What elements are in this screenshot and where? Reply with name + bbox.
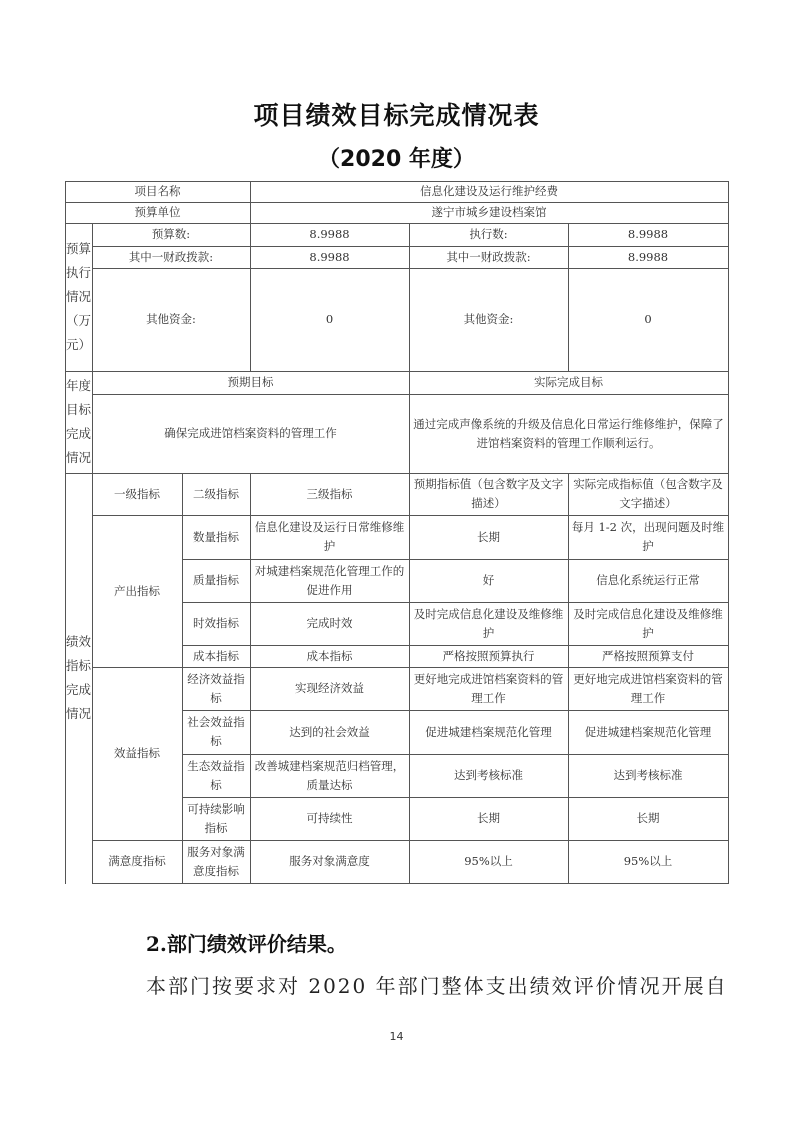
page-title: 项目绩效目标完成情况表	[0, 96, 793, 132]
execution-value: 8.9988	[568, 223, 728, 246]
level2-indicator: 数量指标	[182, 515, 250, 559]
level1-indicator: 效益指标	[92, 667, 182, 840]
expected-value-text: 好	[483, 571, 495, 590]
expected-value: 更好地完成进馆档案资料的管理工作	[409, 667, 568, 710]
level3-indicator-text: 实现经济效益	[295, 679, 364, 698]
level3-indicator: 信息化建设及运行日常维修维护	[250, 515, 409, 559]
execution-label-text: 其他资金:	[464, 310, 514, 329]
budget-value: 8.9988	[250, 246, 409, 268]
actual-value: 严格按照预算支付	[568, 645, 728, 667]
level2-indicator-text: 生态效益指标	[184, 757, 248, 795]
page-subtitle: （2020 年度）	[0, 142, 793, 173]
expected-goal-header-text: 预期目标	[228, 373, 274, 392]
project-name-value-text: 信息化建设及运行维护经费	[420, 182, 558, 201]
level1-indicator: 产出指标	[92, 515, 182, 667]
indicator-header: 实际完成指标值（包含数字及文字描述）	[568, 473, 728, 515]
actual-value-text: 及时完成信息化建设及维修维护	[570, 605, 726, 643]
level3-indicator-text: 可持续性	[307, 809, 353, 828]
level3-indicator: 完成时效	[250, 602, 409, 645]
level2-indicator: 时效指标	[182, 602, 250, 645]
level2-indicator: 服务对象满意度指标	[182, 840, 250, 883]
section-heading: 2.部门绩效评价结果。	[146, 928, 347, 957]
budget-unit-value: 遂宁市城乡建设档案馆	[250, 202, 728, 223]
table-rule	[92, 883, 183, 884]
level2-indicator-text: 经济效益指标	[184, 670, 248, 708]
level2-indicator-text: 可持续影响指标	[184, 800, 248, 838]
expected-value-text: 长期	[477, 528, 500, 547]
budget-value-text: 8.9988	[309, 225, 349, 244]
actual-value-text: 长期	[637, 809, 660, 828]
level2-indicator-text: 成本指标	[193, 647, 239, 666]
level2-indicator-text: 服务对象满意度指标	[184, 843, 248, 881]
expected-value-text: 达到考核标准	[454, 766, 523, 785]
actual-goal-text-text: 通过完成声像系统的升级及信息化日常运行维修维护，保障了进馆档案资料的管理工作顺利…	[411, 415, 726, 453]
level2-indicator-text: 质量指标	[193, 571, 239, 590]
table-rule	[65, 473, 729, 474]
level3-indicator-text: 达到的社会效益	[289, 723, 370, 742]
expected-value: 长期	[409, 515, 568, 559]
table-rule	[65, 181, 66, 884]
budget-label: 其中一财政拨款:	[92, 246, 250, 268]
actual-value-text: 严格按照预算支付	[602, 647, 694, 666]
execution-label-text: 执行数:	[469, 225, 507, 244]
table-rule	[250, 473, 251, 884]
expected-value: 95%以上	[409, 840, 568, 883]
level2-indicator: 社会效益指标	[182, 710, 250, 754]
budget-unit-label: 预算单位	[65, 202, 250, 223]
expected-value-text: 促进城建档案规范化管理	[425, 723, 552, 742]
level1-indicator-text: 满意度指标	[108, 852, 166, 871]
level3-indicator: 对城建档案规范化管理工作的促进作用	[250, 559, 409, 602]
indicator-header-text: 预期指标值（包含数字及文字描述）	[411, 475, 566, 513]
budget-value: 0	[250, 268, 409, 371]
level3-indicator: 可持续性	[250, 797, 409, 840]
actual-value: 95%以上	[568, 840, 728, 883]
actual-value-text: 达到考核标准	[614, 766, 683, 785]
actual-value: 长期	[568, 797, 728, 840]
expected-value-text: 更好地完成进馆档案资料的管理工作	[411, 670, 566, 708]
indicator-header-text: 三级指标	[307, 485, 353, 504]
expected-value: 好	[409, 559, 568, 602]
indicator-header: 一级指标	[92, 473, 182, 515]
level3-indicator-text: 服务对象满意度	[289, 852, 370, 871]
expected-value-text: 95%以上	[464, 852, 513, 871]
level3-indicator-text: 改善城建档案规范归档管理，质量达标	[252, 757, 407, 795]
budget-label: 预算数:	[92, 223, 250, 246]
actual-value-text: 信息化系统运行正常	[596, 571, 700, 590]
expected-value-text: 及时完成信息化建设及维修维护	[411, 605, 566, 643]
table-rule	[92, 246, 729, 247]
actual-goal-header: 实际完成目标	[409, 371, 728, 394]
level3-indicator: 改善城建档案规范归档管理，质量达标	[250, 754, 409, 797]
expected-value: 长期	[409, 797, 568, 840]
table-rule	[92, 268, 729, 269]
budget-value-text: 0	[326, 310, 333, 329]
performance-label-text: 绩效指标完成情况	[66, 630, 91, 726]
indicator-header-text: 一级指标	[114, 485, 160, 504]
budget-value-text: 8.9988	[309, 248, 349, 267]
execution-value-text: 0	[644, 310, 651, 329]
actual-goal-text: 通过完成声像系统的升级及信息化日常运行维修维护，保障了进馆档案资料的管理工作顺利…	[409, 394, 728, 473]
execution-value-text: 8.9988	[628, 248, 668, 267]
indicator-header: 三级指标	[250, 473, 409, 515]
execution-label: 其中一财政拨款:	[409, 246, 568, 268]
table-rule	[409, 473, 410, 884]
actual-goal-header-text: 实际完成目标	[534, 373, 603, 392]
budget-label-text: 其中一财政拨款:	[129, 248, 213, 267]
table-rule	[182, 883, 729, 884]
table-rule	[65, 223, 729, 224]
indicator-header-text: 二级指标	[193, 485, 239, 504]
execution-value: 0	[568, 268, 728, 371]
level3-indicator: 实现经济效益	[250, 667, 409, 710]
indicator-header: 二级指标	[182, 473, 250, 515]
execution-value: 8.9988	[568, 246, 728, 268]
level2-indicator: 生态效益指标	[182, 754, 250, 797]
table-rule	[65, 181, 729, 182]
level2-indicator-text: 社会效益指标	[184, 713, 248, 751]
budget-label: 其他资金:	[92, 268, 250, 371]
budget-label-text: 预算数:	[152, 225, 190, 244]
actual-value: 信息化系统运行正常	[568, 559, 728, 602]
actual-value-text: 95%以上	[624, 852, 673, 871]
expected-goal-header: 预期目标	[92, 371, 409, 394]
actual-value-text: 每月 1-2 次，出现问题及时维护	[570, 518, 726, 556]
table-rule	[92, 394, 729, 395]
table-rule	[65, 202, 729, 203]
actual-value: 每月 1-2 次，出现问题及时维护	[568, 515, 728, 559]
level3-indicator-text: 完成时效	[307, 614, 353, 633]
budget-unit-label-text: 预算单位	[135, 203, 181, 222]
budget-unit-value-text: 遂宁市城乡建设档案馆	[432, 203, 547, 222]
annual-goal-label-text: 年度目标完成情况	[66, 374, 91, 470]
project-name-value: 信息化建设及运行维护经费	[250, 181, 728, 202]
expected-value: 严格按照预算执行	[409, 645, 568, 667]
budget-value: 8.9988	[250, 223, 409, 246]
level2-indicator-text: 数量指标	[193, 528, 239, 547]
execution-label: 执行数:	[409, 223, 568, 246]
level1-indicator-text: 产出指标	[114, 582, 160, 601]
table-rule	[409, 371, 410, 474]
level3-indicator-text: 对城建档案规范化管理工作的促进作用	[252, 562, 407, 600]
table-rule	[568, 223, 569, 372]
actual-value: 更好地完成进馆档案资料的管理工作	[568, 667, 728, 710]
level3-indicator-text: 信息化建设及运行日常维修维护	[252, 518, 407, 556]
performance-label: 绩效指标完成情况	[65, 473, 92, 883]
level3-indicator: 服务对象满意度	[250, 840, 409, 883]
level3-indicator-text: 成本指标	[307, 647, 353, 666]
expected-value-text: 严格按照预算执行	[443, 647, 535, 666]
actual-value: 及时完成信息化建设及维修维护	[568, 602, 728, 645]
budget-section-label-text: 预算执行情况（万元）	[66, 237, 91, 357]
level3-indicator: 成本指标	[250, 645, 409, 667]
table-rule	[92, 223, 93, 884]
execution-label: 其他资金:	[409, 268, 568, 371]
actual-value: 达到考核标准	[568, 754, 728, 797]
expected-goal-text: 确保完成进馆档案资料的管理工作	[92, 394, 409, 473]
table-rule	[182, 473, 183, 884]
table-rule	[250, 181, 251, 372]
level1-indicator: 满意度指标	[92, 840, 182, 883]
expected-value: 及时完成信息化建设及维修维护	[409, 602, 568, 645]
actual-value-text: 更好地完成进馆档案资料的管理工作	[570, 670, 726, 708]
project-name-label-text: 项目名称	[135, 182, 181, 201]
actual-value-text: 促进城建档案规范化管理	[585, 723, 712, 742]
level2-indicator: 经济效益指标	[182, 667, 250, 710]
expected-value: 促进城建档案规范化管理	[409, 710, 568, 754]
indicator-header: 预期指标值（包含数字及文字描述）	[409, 473, 568, 515]
expected-value-text: 长期	[477, 809, 500, 828]
budget-label-text: 其他资金:	[146, 310, 196, 329]
expected-goal-text-text: 确保完成进馆档案资料的管理工作	[164, 424, 337, 443]
level2-indicator: 可持续影响指标	[182, 797, 250, 840]
body-paragraph: 本部门按要求对 2020 年部门整体支出绩效评价情况开展自	[146, 970, 728, 999]
actual-value: 促进城建档案规范化管理	[568, 710, 728, 754]
expected-value: 达到考核标准	[409, 754, 568, 797]
table-rule	[65, 371, 729, 372]
page-number: 14	[0, 1030, 793, 1043]
level2-indicator: 质量指标	[182, 559, 250, 602]
project-name-label: 项目名称	[65, 181, 250, 202]
indicator-header-text: 实际完成指标值（包含数字及文字描述）	[570, 475, 726, 513]
table-rule	[409, 223, 410, 372]
table-rule	[92, 515, 729, 516]
execution-value-text: 8.9988	[628, 225, 668, 244]
level3-indicator: 达到的社会效益	[250, 710, 409, 754]
level2-indicator: 成本指标	[182, 645, 250, 667]
table-rule	[728, 181, 729, 884]
annual-goal-label: 年度目标完成情况	[65, 371, 92, 473]
table-rule	[568, 473, 569, 884]
level1-indicator-text: 效益指标	[114, 744, 160, 763]
budget-section-label: 预算执行情况（万元）	[65, 223, 92, 371]
level2-indicator-text: 时效指标	[193, 614, 239, 633]
execution-label-text: 其中一财政拨款:	[446, 248, 530, 267]
